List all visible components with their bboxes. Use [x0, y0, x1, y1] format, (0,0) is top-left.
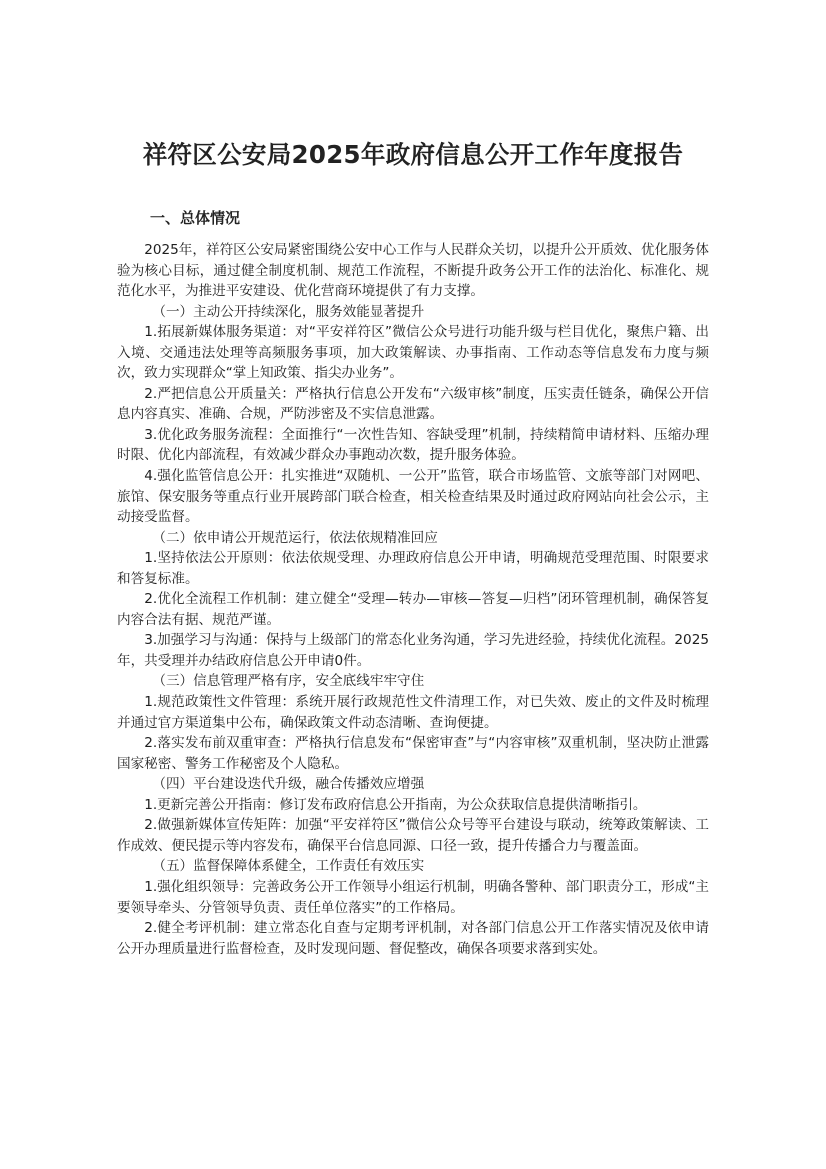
document-body: 2025年，祥符区公安局紧密围绕公安中心工作与人民群众关切，以提升公开质效、优化…: [117, 240, 709, 959]
paragraph-item: 3.优化政务服务流程：全面推行“一次性告知、容缺受理”机制，持续精简申请材料、压…: [117, 425, 709, 466]
subheading-3: （三）信息管理严格有序，安全底线牢牢守住: [117, 671, 709, 692]
paragraph-item: 1.强化组织领导：完善政务公开工作领导小组运行机制，明确各警种、部门职责分工，形…: [117, 877, 709, 918]
paragraph-item: 2.优化全流程工作机制：建立健全“受理—转办—审核—答复—归档”闭环管理机制，确…: [117, 589, 709, 630]
paragraph-item: 2.做强新媒体宣传矩阵：加强“平安祥符区”微信公众号等平台建设与联动，统筹政策解…: [117, 815, 709, 856]
document-page: 祥符区公安局2025年政府信息公开工作年度报告 一、总体情况 2025年，祥符区…: [0, 0, 826, 1169]
paragraph-item: 2.落实发布前双重审查：严格执行信息发布“保密审查”与“内容审核”双重机制，坚决…: [117, 733, 709, 774]
subheading-2: （二）依申请公开规范运行，依法依规精准回应: [117, 528, 709, 549]
subheading-5: （五）监督保障体系健全，工作责任有效压实: [117, 856, 709, 877]
subheading-1: （一）主动公开持续深化，服务效能显著提升: [117, 302, 709, 323]
document-title: 祥符区公安局2025年政府信息公开工作年度报告: [0, 138, 826, 172]
paragraph-intro: 2025年，祥符区公安局紧密围绕公安中心工作与人民群众关切，以提升公开质效、优化…: [117, 240, 709, 302]
subheading-4: （四）平台建设迭代升级，融合传播效应增强: [117, 774, 709, 795]
paragraph-item: 4.强化监管信息公开：扎实推进“双随机、一公开”监管，联合市场监管、文旅等部门对…: [117, 466, 709, 528]
paragraph-item: 2.严把信息公开质量关：严格执行信息公开发布“六级审核”制度，压实责任链条，确保…: [117, 384, 709, 425]
paragraph-item: 1.拓展新媒体服务渠道：对“平安祥符区”微信公众号进行功能升级与栏目优化，聚焦户…: [117, 322, 709, 384]
paragraph-item: 2.健全考评机制：建立常态化自查与定期考评机制，对各部门信息公开工作落实情况及依…: [117, 918, 709, 959]
section-heading-overview: 一、总体情况: [150, 207, 240, 229]
paragraph-item: 1.坚持依法公开原则：依法依规受理、办理政府信息公开申请，明确规范受理范围、时限…: [117, 548, 709, 589]
paragraph-item: 1.规范政策性文件管理：系统开展行政规范性文件清理工作，对已失效、废止的文件及时…: [117, 692, 709, 733]
paragraph-item: 1.更新完善公开指南：修订发布政府信息公开指南，为公众获取信息提供清晰指引。: [117, 795, 709, 816]
paragraph-item: 3.加强学习与沟通：保持与上级部门的常态化业务沟通，学习先进经验，持续优化流程。…: [117, 630, 709, 671]
